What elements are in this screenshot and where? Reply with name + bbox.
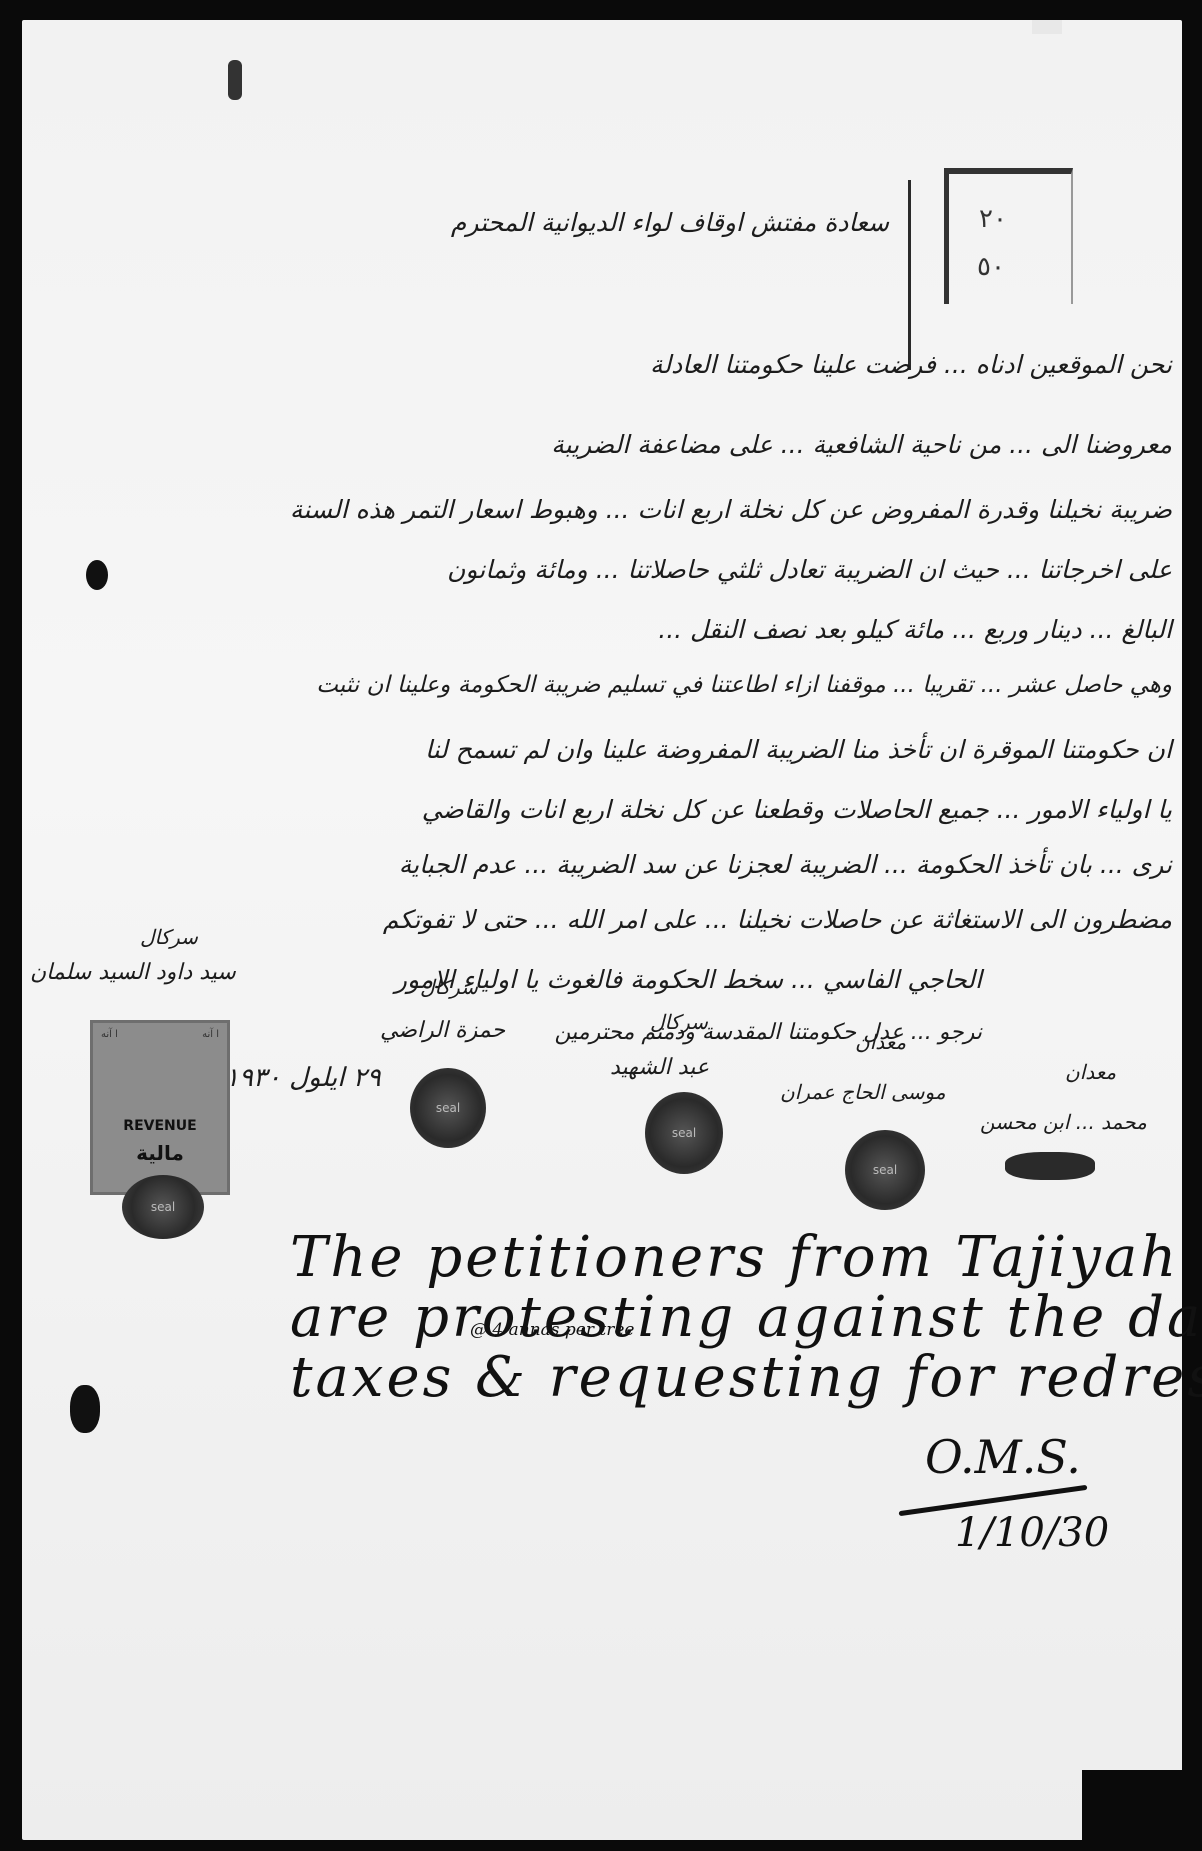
- addressee-heading: سعادة مفتش اوقاف لواء الديوانية المحترم: [410, 208, 930, 237]
- body-line: نرى ... بان تأخذ الحكومة ... الضريبة لعج…: [399, 850, 1172, 879]
- reference-number-box: ٢٠ ٥٠: [944, 168, 1073, 304]
- body-line: معروضنا الى ... من ناحية الشافعية ... عل…: [551, 430, 1172, 459]
- minute-line-1: The petitioners from Tajiyah: [290, 1225, 1179, 1290]
- reference-top: ٢٠: [979, 204, 1007, 234]
- body-line: الحاجي الفاسي ... سخط الحكومة فالغوث يا …: [395, 965, 982, 994]
- signatory-name: حمزة الراضي: [380, 1018, 505, 1043]
- signatory-name: محمد ... ابن محسن: [980, 1110, 1147, 1134]
- body-line: البالغ ... دينار وربع ... مائة كيلو بعد …: [658, 615, 1172, 644]
- ink-mark: [228, 60, 242, 100]
- seal-icon: seal: [122, 1175, 204, 1239]
- minute-line-2: are protesting against the date-: [290, 1285, 1202, 1350]
- body-line: ان حكومتنا الموقرة ان تأخذ منا الضريبة ا…: [425, 735, 1172, 764]
- body-line: على اخرجاتنا ... حيث ان الضريبة تعادل ثل…: [447, 555, 1172, 584]
- minute-line-3: taxes & requesting for redress.: [290, 1345, 1202, 1410]
- signatory-name: سيد داود السيد سلمان: [30, 960, 236, 985]
- closing-line: نرجو ... عدل حكومتنا المقدسة ودمتم محترم…: [554, 1020, 982, 1045]
- petition-date: ٢٩ ايلول ١٩٣٠: [225, 1063, 381, 1093]
- body-line: مضطرون الى الاستغاثة عن حاصلات نخيلنا ..…: [383, 905, 1172, 934]
- ink-blot: [86, 560, 108, 590]
- scribbled-signature: [1005, 1152, 1095, 1180]
- seal-icon: seal: [845, 1130, 925, 1210]
- stamp-arabic-label: مالية: [93, 1141, 227, 1165]
- stamp-denomination-right: ا آنه: [202, 1029, 219, 1045]
- stamp-denomination-left: ا آنه: [101, 1029, 118, 1045]
- body-line: وهي حاصل عشر ... تقريبا ... موقفنا ازاء …: [316, 672, 1172, 698]
- seal-icon: seal: [410, 1068, 486, 1148]
- reference-bottom: ٥٠: [977, 252, 1005, 282]
- body-line: يا اولياء الامور ... جميع الحاصلات وقطعن…: [422, 795, 1172, 824]
- signatory-title: سركال: [140, 925, 198, 949]
- signatory-title: سركال: [650, 1010, 708, 1034]
- signatory-name: عبد الشهيد: [610, 1055, 709, 1080]
- signatory-title: معدان: [855, 1030, 906, 1054]
- minute-date: 1/10/30: [955, 1510, 1109, 1556]
- body-line: نحن الموقعين ادناه ... فرضت علينا حكومتن…: [650, 350, 1172, 379]
- signatory-title: معدان: [1065, 1060, 1116, 1084]
- paper-edge-tear: [1032, 20, 1062, 34]
- revenue-stamp: ا آنه ا آنه REVENUE مالية: [90, 1020, 230, 1195]
- signatory-title: سركال: [420, 975, 478, 999]
- ink-smudge: [70, 1385, 100, 1433]
- seal-icon: seal: [645, 1092, 723, 1174]
- minute-initials: O.M.S.: [925, 1430, 1081, 1484]
- body-line: ضريبة نخيلنا وقدرة المفروض عن كل نخلة ار…: [290, 495, 1172, 524]
- signatory-name: موسى الحاج عمران: [780, 1080, 946, 1104]
- paper-corner-tear: [1082, 1770, 1182, 1840]
- stamp-revenue-label: REVENUE: [93, 1118, 227, 1134]
